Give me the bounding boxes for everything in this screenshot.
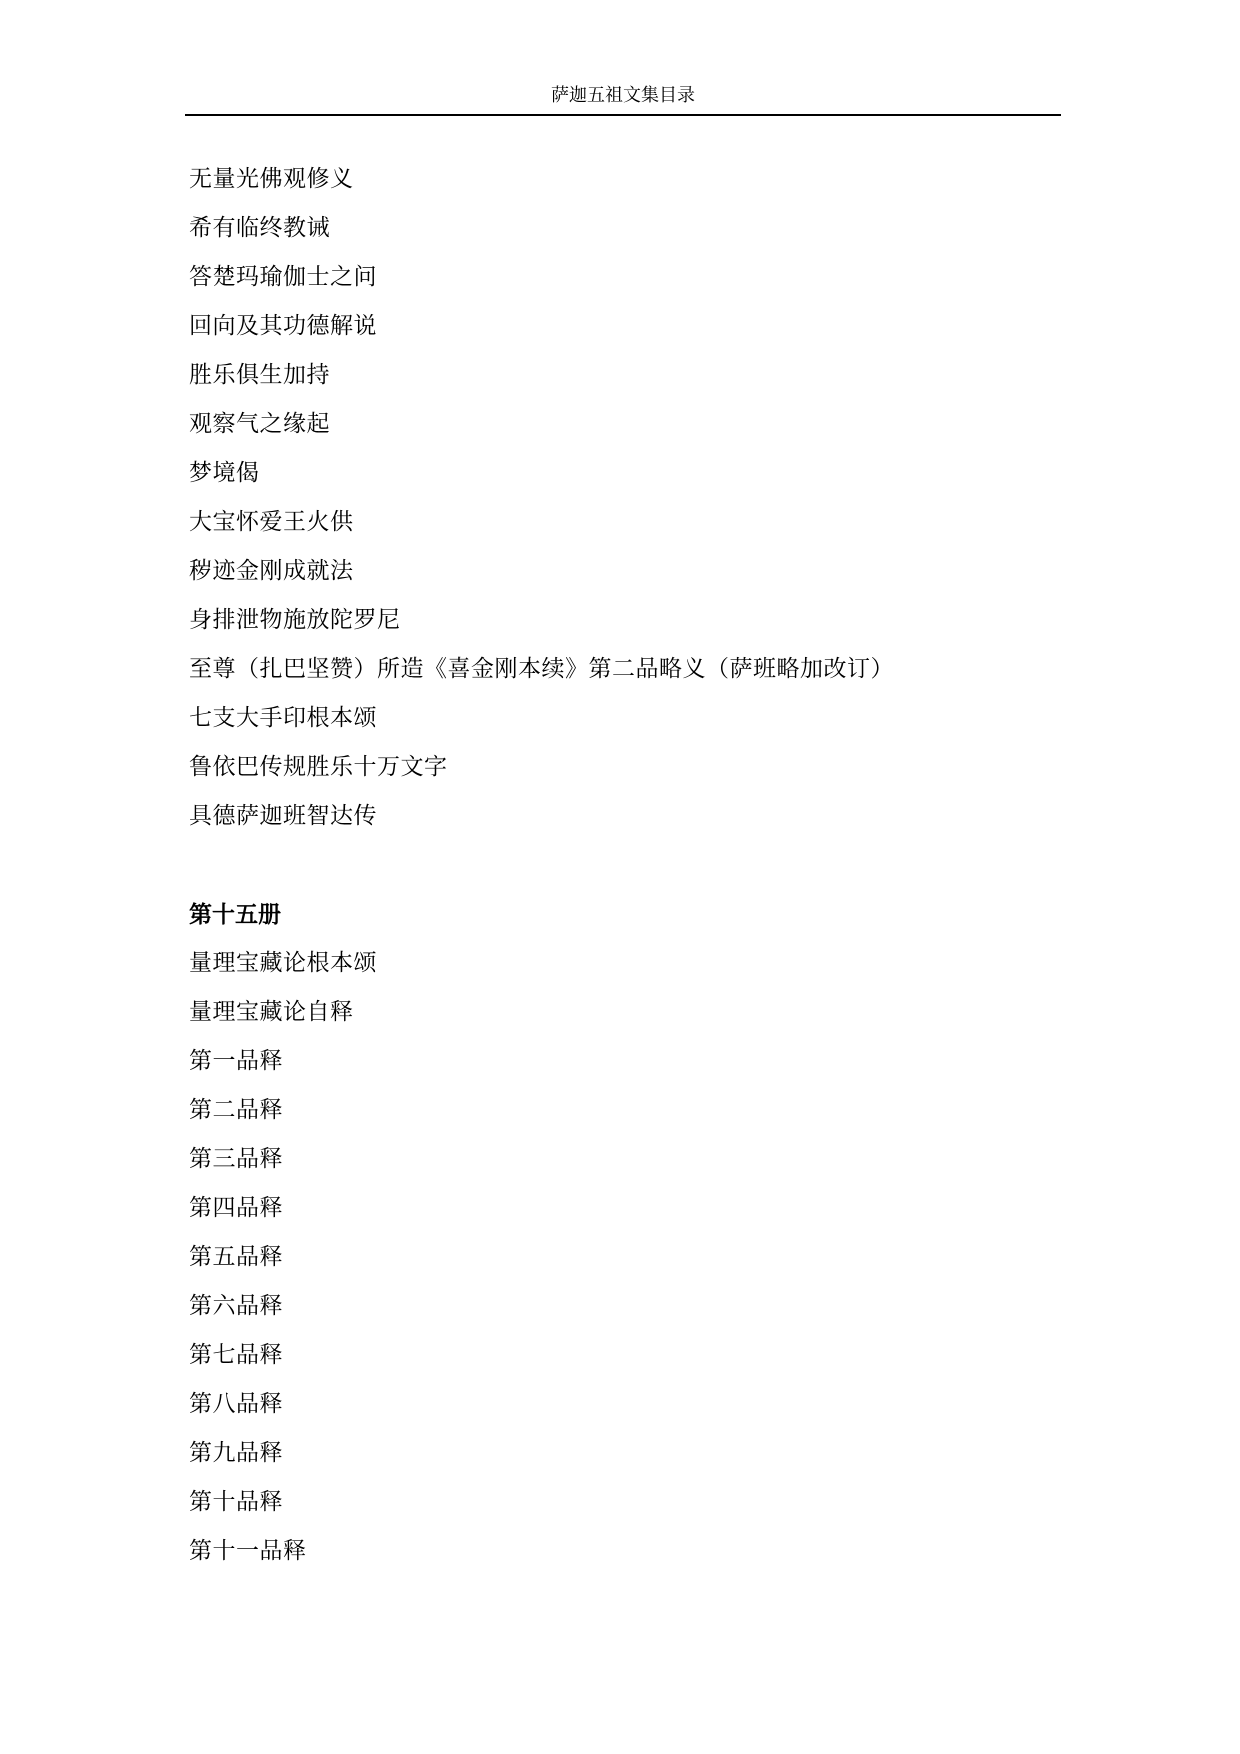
- toc-entry: 无量光佛观修义: [189, 155, 894, 204]
- page-header-title: 萨迦五祖文集目录: [185, 84, 1061, 108]
- toc-entry: 希有临终教诫: [189, 204, 894, 253]
- toc-entry: 量理宝藏论自释: [189, 988, 894, 1037]
- toc-entry: 回向及其功德解说: [189, 302, 894, 351]
- toc-entry: 第六品释: [189, 1282, 894, 1331]
- toc-content: 无量光佛观修义 希有临终教诫 答楚玛瑜伽士之问 回向及其功德解说 胜乐俱生加持 …: [189, 155, 894, 1576]
- toc-entry: 具德萨迦班智达传: [189, 792, 894, 841]
- toc-section-volume-15: 第十五册 量理宝藏论根本颂 量理宝藏论自释 第一品释 第二品释 第三品释 第四品…: [189, 890, 894, 1576]
- toc-entry: 量理宝藏论根本颂: [189, 939, 894, 988]
- header-rule: [185, 114, 1061, 116]
- toc-entry: 第五品释: [189, 1233, 894, 1282]
- toc-entry: 第一品释: [189, 1037, 894, 1086]
- toc-entry: 第七品释: [189, 1331, 894, 1380]
- toc-entry: 观察气之缘起: [189, 400, 894, 449]
- volume-heading: 第十五册: [189, 890, 894, 939]
- toc-entry: 鲁依巴传规胜乐十万文字: [189, 743, 894, 792]
- toc-entry: 第四品释: [189, 1184, 894, 1233]
- toc-entry: 第三品释: [189, 1135, 894, 1184]
- toc-entry: 胜乐俱生加持: [189, 351, 894, 400]
- toc-entry: 身排泄物施放陀罗尼: [189, 596, 894, 645]
- toc-entry: 梦境偈: [189, 449, 894, 498]
- toc-entry: 第八品释: [189, 1380, 894, 1429]
- toc-entry: 第十品释: [189, 1478, 894, 1527]
- toc-entry: 第九品释: [189, 1429, 894, 1478]
- toc-entry: 七支大手印根本颂: [189, 694, 894, 743]
- toc-entry: 第十一品释: [189, 1527, 894, 1576]
- toc-entry: 至尊（扎巴坚赞）所造《喜金刚本续》第二品略义（萨班略加改订）: [189, 645, 894, 694]
- toc-entry: 答楚玛瑜伽士之问: [189, 253, 894, 302]
- toc-section-continued: 无量光佛观修义 希有临终教诫 答楚玛瑜伽士之问 回向及其功德解说 胜乐俱生加持 …: [189, 155, 894, 841]
- toc-entry: 第二品释: [189, 1086, 894, 1135]
- toc-entry: 秽迹金刚成就法: [189, 547, 894, 596]
- toc-entry: 大宝怀爱王火供: [189, 498, 894, 547]
